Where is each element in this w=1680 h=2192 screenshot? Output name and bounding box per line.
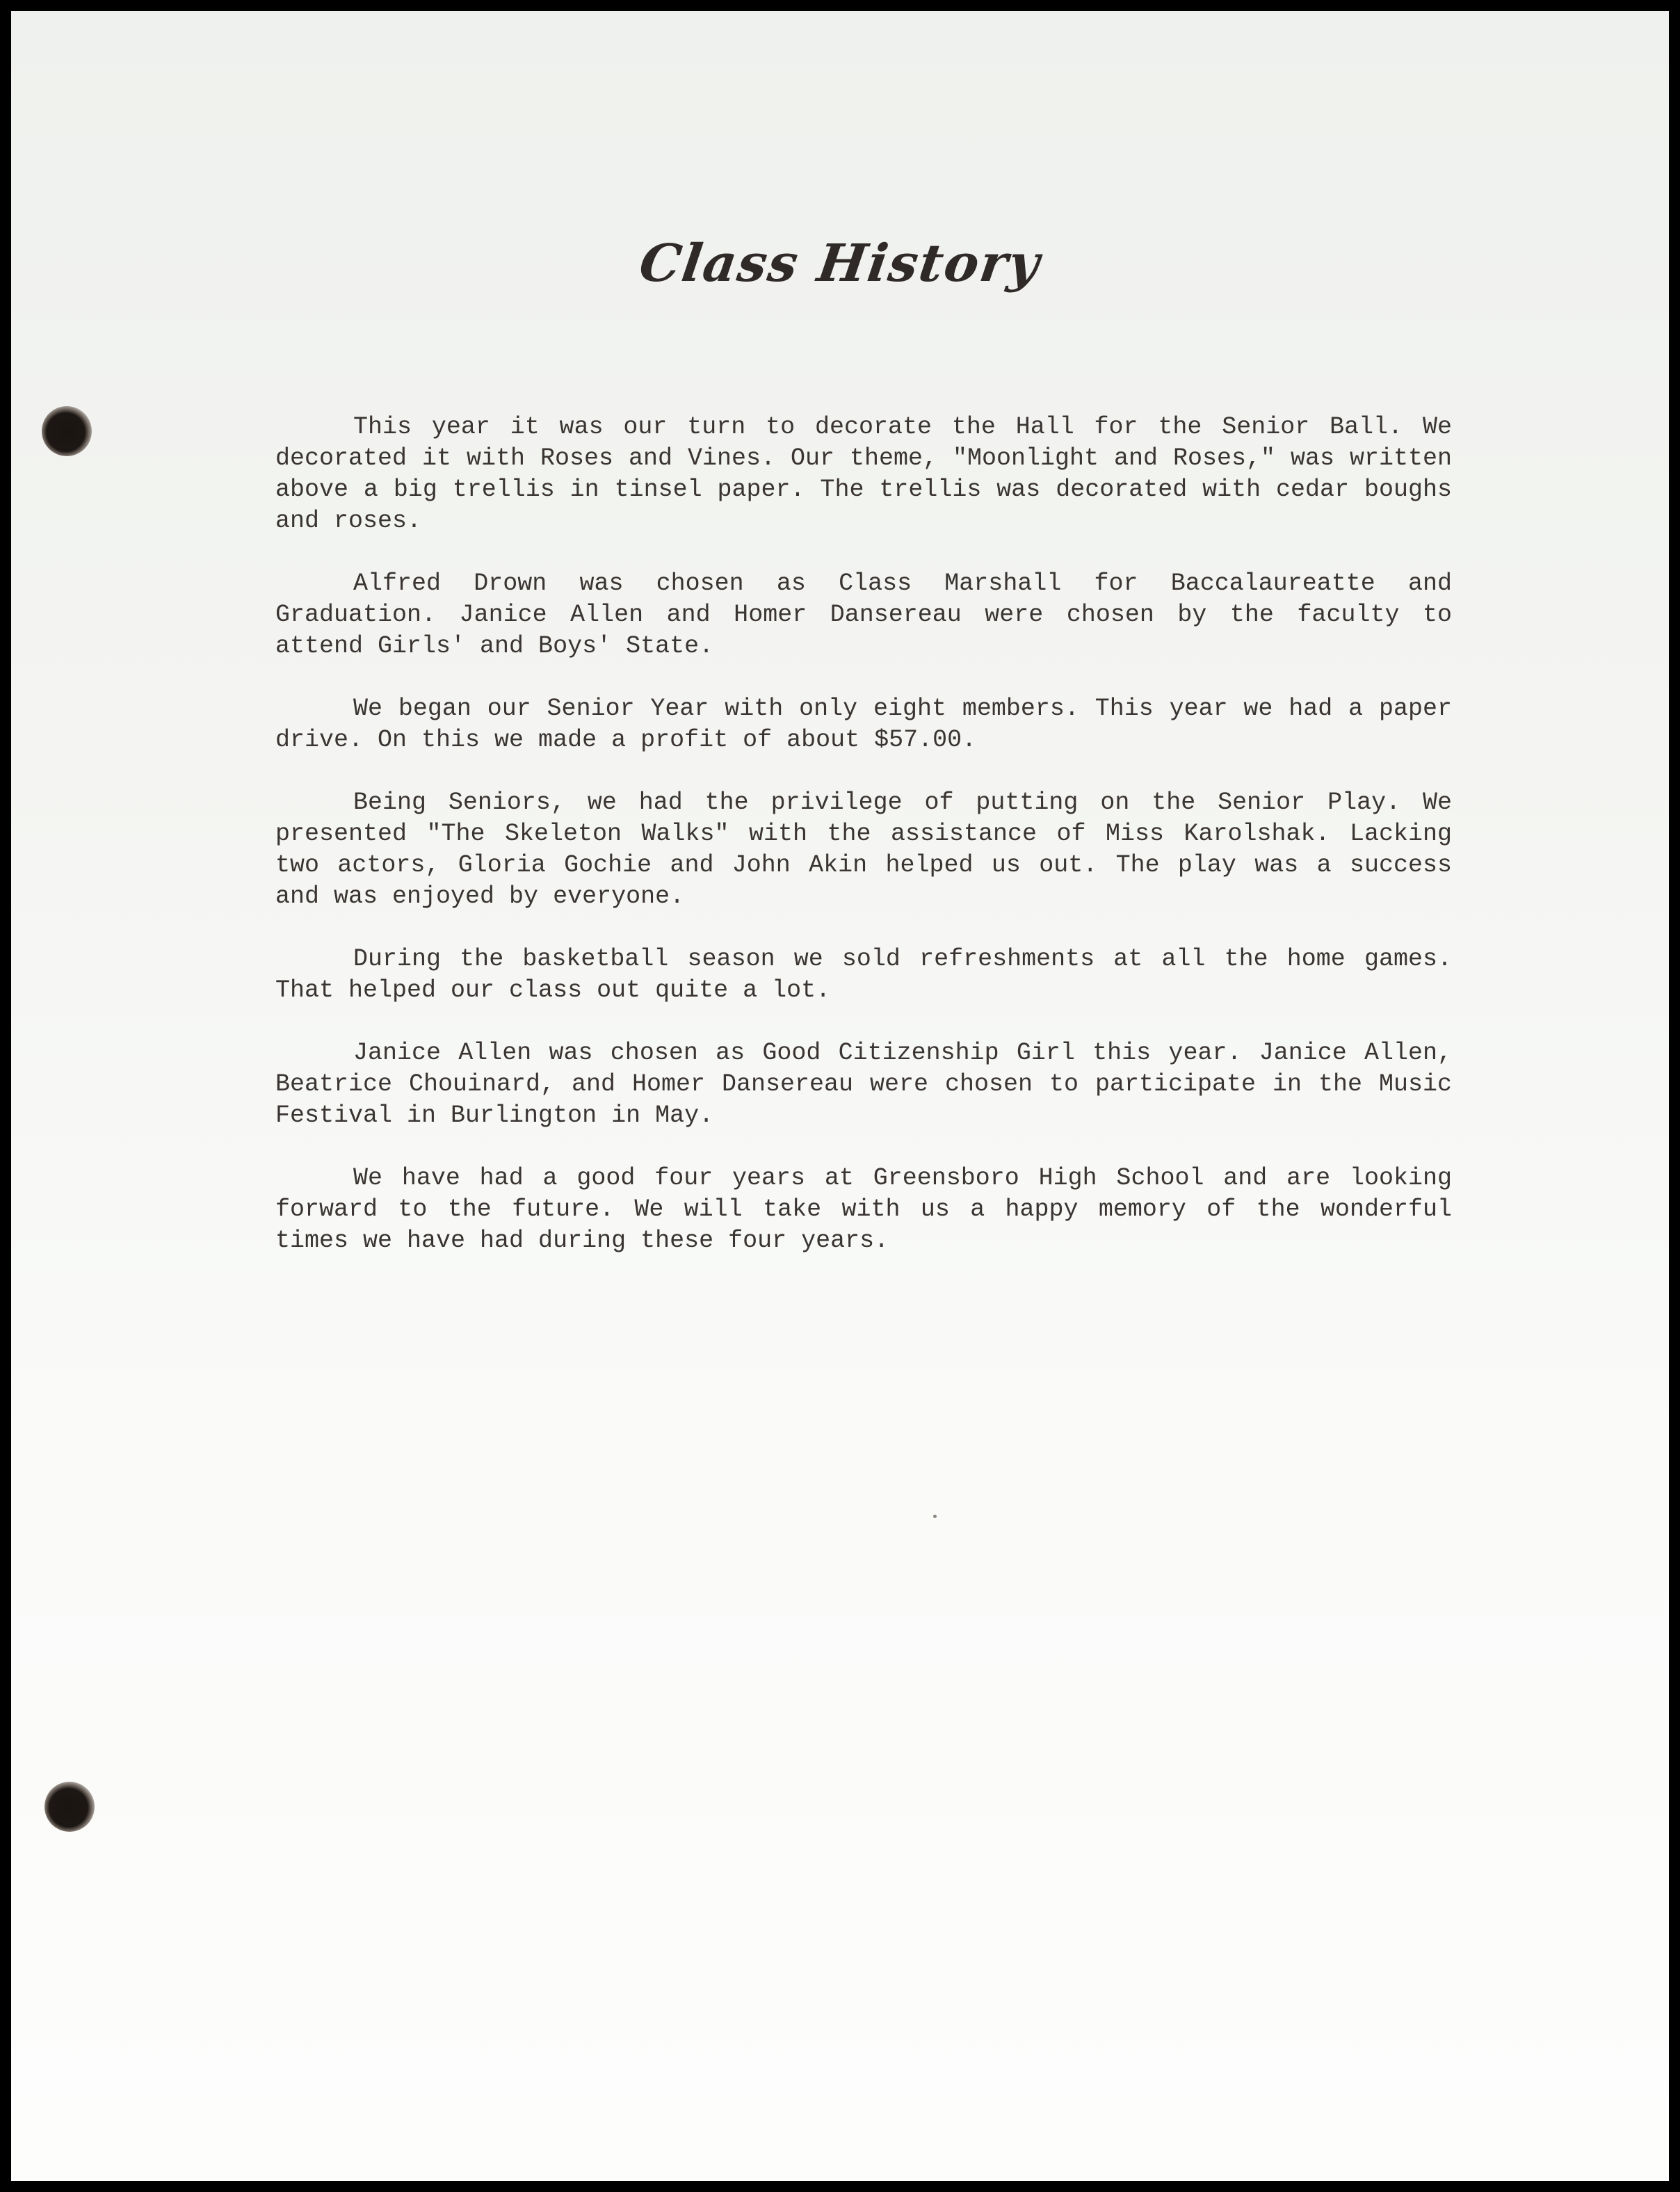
paragraph-senior-ball: This year it was our turn to decorate th… bbox=[275, 412, 1452, 537]
paragraph-citizenship: Janice Allen was chosen as Good Citizens… bbox=[275, 1038, 1452, 1131]
paragraph-class-marshall: Alfred Drown was chosen as Class Marshal… bbox=[275, 568, 1452, 662]
page-title: Class History bbox=[11, 234, 1669, 293]
paragraph-basketball: During the basketball season we sold ref… bbox=[275, 944, 1452, 1006]
paper-speck bbox=[933, 1515, 937, 1518]
paragraph-closing: We have had a good four years at Greensb… bbox=[275, 1163, 1452, 1257]
punch-hole-top bbox=[42, 406, 92, 456]
scanned-page: Class History This year it was our turn … bbox=[11, 11, 1669, 2181]
body-text: This year it was our turn to decorate th… bbox=[275, 412, 1452, 1288]
paragraph-paper-drive: We began our Senior Year with only eight… bbox=[275, 693, 1452, 756]
paragraph-senior-play: Being Seniors, we had the privilege of p… bbox=[275, 787, 1452, 912]
punch-hole-bottom bbox=[45, 1782, 95, 1832]
